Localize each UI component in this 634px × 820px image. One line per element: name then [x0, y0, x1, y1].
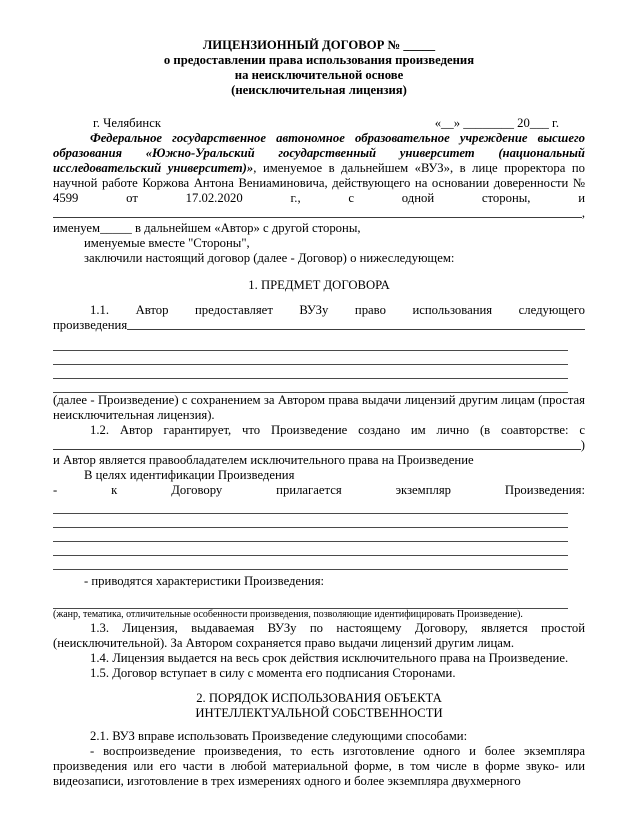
fill-in-blank-line	[53, 365, 568, 379]
section-2-heading-line-1: 2. ПОРЯДОК ИСПОЛЬЗОВАНИЯ ОБЪЕКТА	[53, 691, 585, 706]
section-2-heading-line-2: ИНТЕЛЛЕКТУАЛЬНОЙ СОБСТВЕННОСТИ	[53, 706, 585, 721]
work-title-fill-line: произведения	[53, 318, 585, 333]
document-title: ЛИЦЕНЗИОННЫЙ ДОГОВОР № _____ о предостав…	[53, 38, 585, 98]
fill-in-blank-line	[53, 595, 568, 609]
fill-in-blank-line	[53, 500, 568, 514]
city-label: г. Челябинск	[93, 116, 161, 131]
coauthor-fill-line: )	[53, 438, 585, 453]
parties-together-line: именуемые вместе "Стороны",	[53, 236, 585, 251]
clause-1-5: 1.5. Договор вступает в силу с момента е…	[53, 666, 585, 681]
clause-2-1-item: - воспроизведение произведения, то есть …	[53, 744, 585, 789]
party-fill-in-line: ,	[53, 206, 585, 221]
characteristics-item-line: - приводятся характеристики Произведения…	[53, 574, 585, 589]
fill-in-blank-line	[53, 542, 568, 556]
clause-2-1: 2.1. ВУЗ вправе использовать Произведени…	[53, 729, 585, 744]
exemplar-item-line: - к Договору прилагается экземпляр Произ…	[53, 483, 585, 498]
clause-1-4: 1.4. Лицензия выдается на весь срок дейс…	[53, 651, 585, 666]
author-designation-line: именуем_____ в дальнейшем «Автор» с друг…	[53, 221, 585, 236]
fill-in-blank-line	[53, 217, 582, 218]
clause-1-1-line: 1.1. Автор предоставляет ВУЗу право испо…	[53, 303, 585, 318]
fill-in-blank-line	[53, 379, 568, 393]
close-paren: )	[581, 438, 585, 453]
work-label: произведения	[53, 318, 127, 333]
preamble-paragraph: Федеральное государственное автономное о…	[53, 131, 585, 206]
clause-1-2-continuation: и Автор является правообладателем исключ…	[53, 453, 585, 468]
fill-in-blank-line	[53, 528, 568, 542]
fill-line-suffix: ,	[582, 206, 585, 221]
title-line-number: ЛИЦЕНЗИОННЫЙ ДОГОВОР № _____	[53, 38, 585, 53]
document-page: ЛИЦЕНЗИОННЫЙ ДОГОВОР № _____ о предостав…	[0, 0, 634, 820]
concluded-line: заключили настоящий договор (далее - Дог…	[53, 251, 585, 266]
section-2-heading: 2. ПОРЯДОК ИСПОЛЬЗОВАНИЯ ОБЪЕКТА ИНТЕЛЛЕ…	[53, 691, 585, 721]
clause-1-2-line: 1.2. Автор гарантирует, что Произведение…	[53, 423, 585, 438]
fill-in-blank-line	[127, 329, 585, 330]
clause-1-1-tail: (далее - Произведение) с сохранением за …	[53, 393, 585, 423]
identification-line: В целях идентификации Произведения	[53, 468, 585, 483]
title-line-basis: на неисключительной основе	[53, 68, 585, 83]
characteristics-note: (жанр, тематика, отличительные особеннос…	[53, 609, 585, 621]
fill-in-blank-line	[53, 514, 568, 528]
section-1-heading: 1. ПРЕДМЕТ ДОГОВОРА	[53, 278, 585, 293]
fill-in-blank-line	[53, 556, 568, 570]
fill-in-blank-line	[53, 337, 568, 351]
title-line-license-type: (неисключительная лицензия)	[53, 83, 585, 98]
fill-in-blank-line	[53, 449, 581, 450]
exemplar-blank-lines	[53, 500, 585, 570]
city-date-row: г. Челябинск «__» ________ 20___ г.	[53, 116, 585, 131]
date-blank: «__» ________ 20___ г.	[435, 116, 559, 131]
work-blank-lines	[53, 337, 585, 393]
title-line-subject: о предоставлении права использования про…	[53, 53, 585, 68]
clause-1-3: 1.3. Лицензия, выдаваемая ВУЗу по настоя…	[53, 621, 585, 651]
fill-in-blank-line	[53, 351, 568, 365]
